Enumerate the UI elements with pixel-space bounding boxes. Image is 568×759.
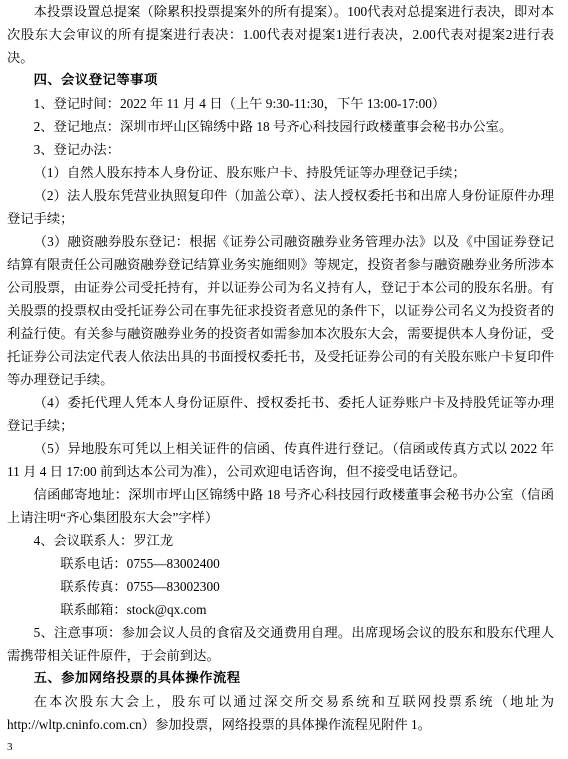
paragraph-mail-address: 信函邮寄地址：深圳市坪山区锦绣中路 18 号齐心科技园行政楼董事会秘书办公室（信…: [7, 483, 554, 529]
document-body: 本投票设置总提案（除累积投票提案外的所有提案）。100代表对总提案进行表决，即对…: [7, 0, 554, 759]
contact-phone: 联系电话：0755—83002400: [7, 552, 554, 575]
paragraph-notes: 5、注意事项：参加会议人员的食宿及交通费用自理。出席现场会议的股东和股东代理人需…: [7, 621, 554, 667]
paragraph-registration-place: 2、登记地点：深圳市坪山区锦绣中路 18 号齐心科技园行政楼董事会秘书办公室。: [7, 115, 554, 138]
heading-section-5-online-voting: 五、参加网络投票的具体操作流程: [7, 667, 554, 690]
document-page: 本投票设置总提案（除累积投票提案外的所有提案）。100代表对总提案进行表决，即对…: [0, 0, 568, 759]
paragraph-method-5-remote-registration: （5）异地股东可凭以上相关证件的信函、传真件进行登记。（信函或传真方式以 202…: [7, 437, 554, 483]
paragraph-method-3-margin-trading: （3）融资融券股东登记：根据《证券公司融资融券业务管理办法》以及《中国证券登记结…: [7, 230, 554, 391]
paragraph-registration-method-label: 3、登记办法：: [7, 138, 554, 161]
contact-email: 联系邮箱：stock@qx.com: [7, 598, 554, 621]
paragraph-online-voting-detail: 在本次股东大会上，股东可以通过深交所交易系统和互联网投票系统（地址为http:/…: [7, 690, 554, 736]
paragraph-method-2-legal-person: （2）法人股东凭营业执照复印件（加盖公章）、法人授权委托书和出席人身份证原件办理…: [7, 184, 554, 230]
paragraph-registration-time: 1、登记时间：2022 年 11 月 4 日（上午 9:30-11:30，下午 …: [7, 92, 554, 115]
contact-fax: 联系传真：0755—83002300: [7, 575, 554, 598]
heading-section-4-registration: 四、会议登记等事项: [7, 69, 554, 92]
paragraph-voting-general-proposal: 本投票设置总提案（除累积投票提案外的所有提案）。100代表对总提案进行表决，即对…: [7, 0, 554, 69]
paragraph-method-1-natural-person: （1）自然人股东持本人身份证、股东账户卡、持股凭证等办理登记手续；: [7, 161, 554, 184]
page-number: 3: [7, 736, 554, 759]
paragraph-method-4-proxy: （4）委托代理人凭本人身份证原件、授权委托书、委托人证券账户卡及持股凭证等办理登…: [7, 391, 554, 437]
paragraph-contact-person: 4、会议联系人：罗江龙: [7, 529, 554, 552]
